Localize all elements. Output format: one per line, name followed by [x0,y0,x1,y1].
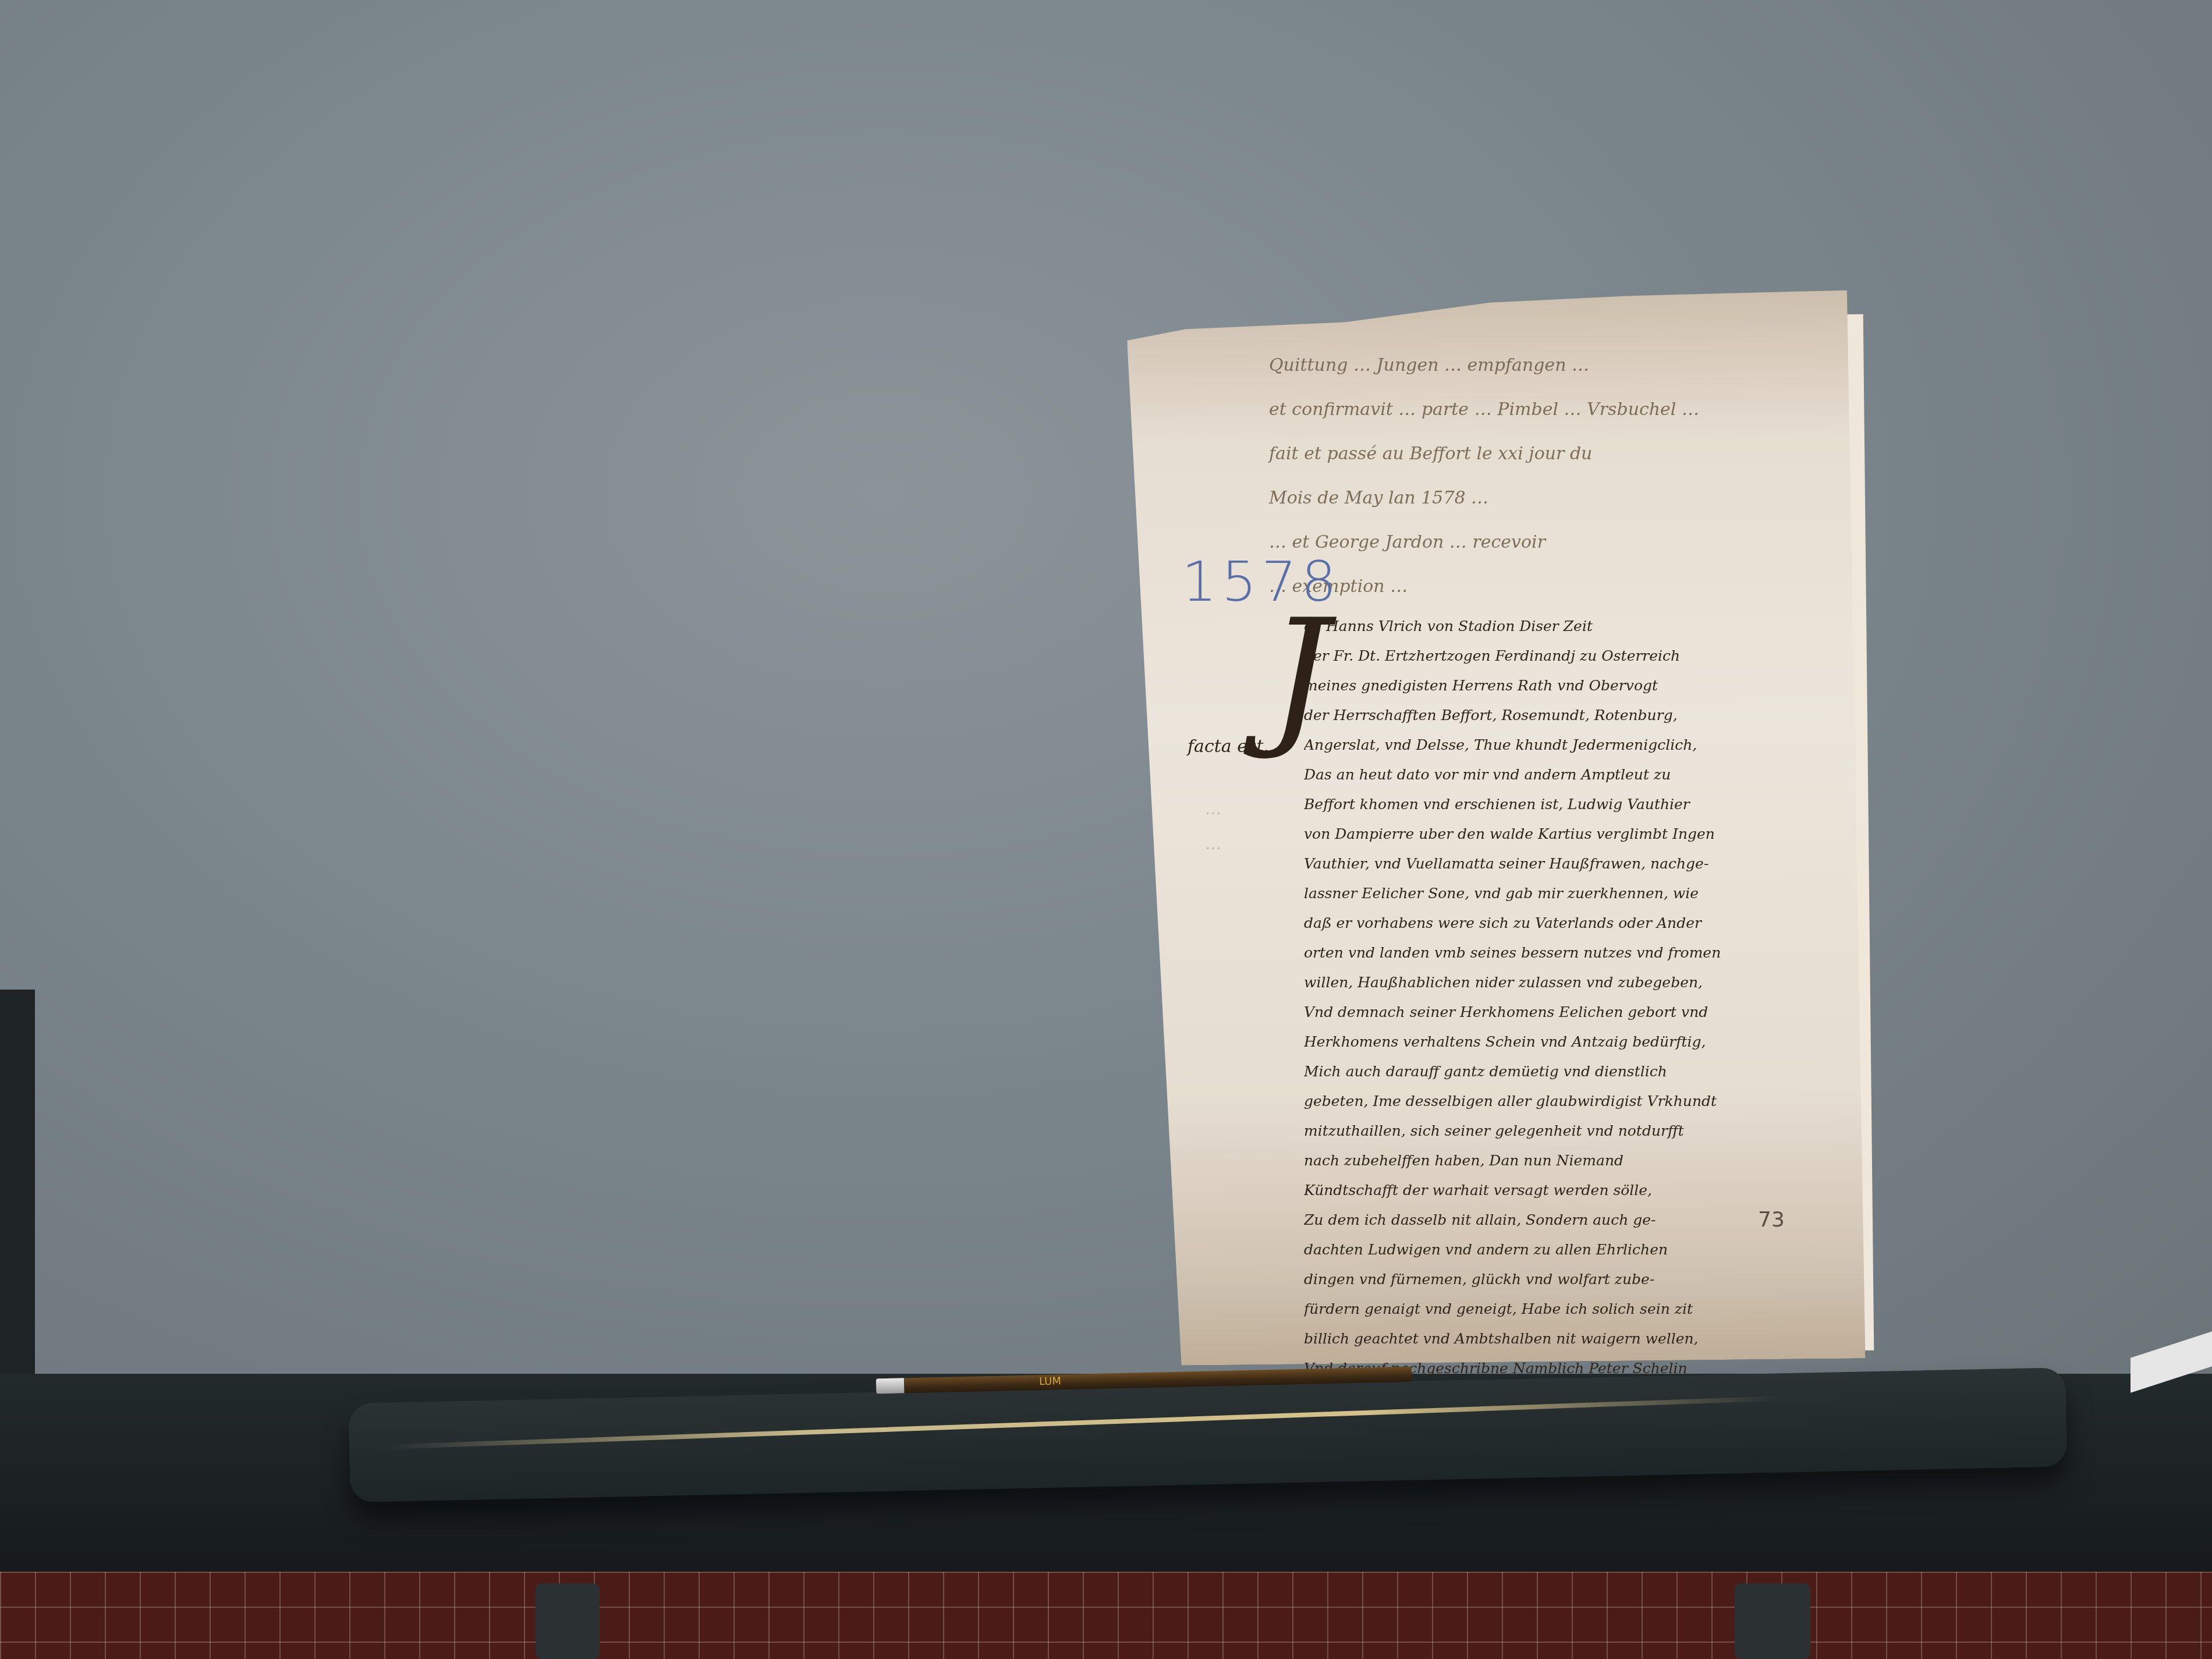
body-line: lassner Eelicher Sone, vnd gab mir zuerk… [1304,878,1863,908]
stand-leg [1735,1583,1810,1659]
header-line: … exemption … [1269,565,1851,609]
tiled-floor [0,1572,2212,1659]
margin-note: facta est. [1187,736,1269,757]
body-line: Vauthier, vnd Vuellamatta seiner Haußfra… [1304,849,1863,878]
body-line: willen, Haußhablichen nider zulassen vnd… [1304,967,1863,997]
faded-line: … [1205,827,1221,862]
body-line: Kündtschafft der warhait versagt werden … [1304,1175,1863,1205]
body-line: von Dampierre uber den walde Kartius ver… [1304,819,1863,849]
board-shadow-edge [0,990,35,1409]
body-line: Herkhomens verhaltens Schein vnd Antzaig… [1304,1027,1863,1057]
body-line: Mich auch darauff gantz demüetig vnd die… [1304,1057,1863,1086]
body-line: gebeten, Ime desselbigen aller glaubwird… [1304,1086,1863,1116]
pencil-label: LUM [1039,1375,1061,1388]
body-line: fürdern genaigt vnd geneigt, Habe ich so… [1304,1294,1863,1324]
page-number: 73 [1758,1208,1785,1232]
header-line: et confirmavit … parte … Pimbel … Vrsbuc… [1269,388,1851,432]
body-line: Beffort khomen vnd erschienen ist, Ludwi… [1304,789,1863,819]
pencil-cap [876,1378,905,1394]
manuscript-header-block: Quittung … Jungen … empfangen … et confi… [1269,343,1851,609]
manuscript-body: ch Hanns Vlrich von Stadion Diser Zeit d… [1304,611,1863,1383]
header-line: fait et passé au Beffort le xxi jour du [1269,432,1851,476]
body-line: billich geachtet vnd Ambtshalben nit wai… [1304,1324,1863,1353]
archival-board-background [0,0,2212,1409]
body-line: Das an heut dato vor mir vnd andern Ampt… [1304,760,1863,789]
header-line: … et George Jardon … recevoir [1269,520,1851,565]
body-line: ch Hanns Vlrich von Stadion Diser Zeit [1304,611,1863,641]
body-line: meines gnedigisten Herrens Rath vnd Ober… [1304,671,1863,700]
body-line: Angerslat, vnd Delsse, Thue khundt Jeder… [1304,730,1863,760]
body-line: nach zubehelffen haben, Dan nun Niemand [1304,1146,1863,1175]
body-line: dingen vnd fürnemen, glückh vnd wolfart … [1304,1264,1863,1294]
faded-line: … [1205,792,1221,827]
body-line: der Herrschafften Beffort, Rosemundt, Ro… [1304,700,1863,730]
body-line: Vnd demnach seiner Herkhomens Eelichen g… [1304,997,1863,1027]
body-line: orten vnd landen vmb seines bessern nutz… [1304,938,1863,967]
body-line: der Fr. Dt. Ertzhertzogen Ferdinandj zu … [1304,641,1863,671]
faded-margin-note: … … [1205,792,1221,862]
stand-leg [536,1583,600,1659]
body-line: mitzuthaillen, sich seiner gelegenheit v… [1304,1116,1863,1146]
header-line: Mois de May lan 1578 … [1269,476,1851,520]
body-line: dachten Ludwigen vnd andern zu allen Ehr… [1304,1235,1863,1264]
body-line: daß er vorhabens were sich zu Vaterlands… [1304,908,1863,938]
header-line: Quittung … Jungen … empfangen … [1269,343,1851,388]
